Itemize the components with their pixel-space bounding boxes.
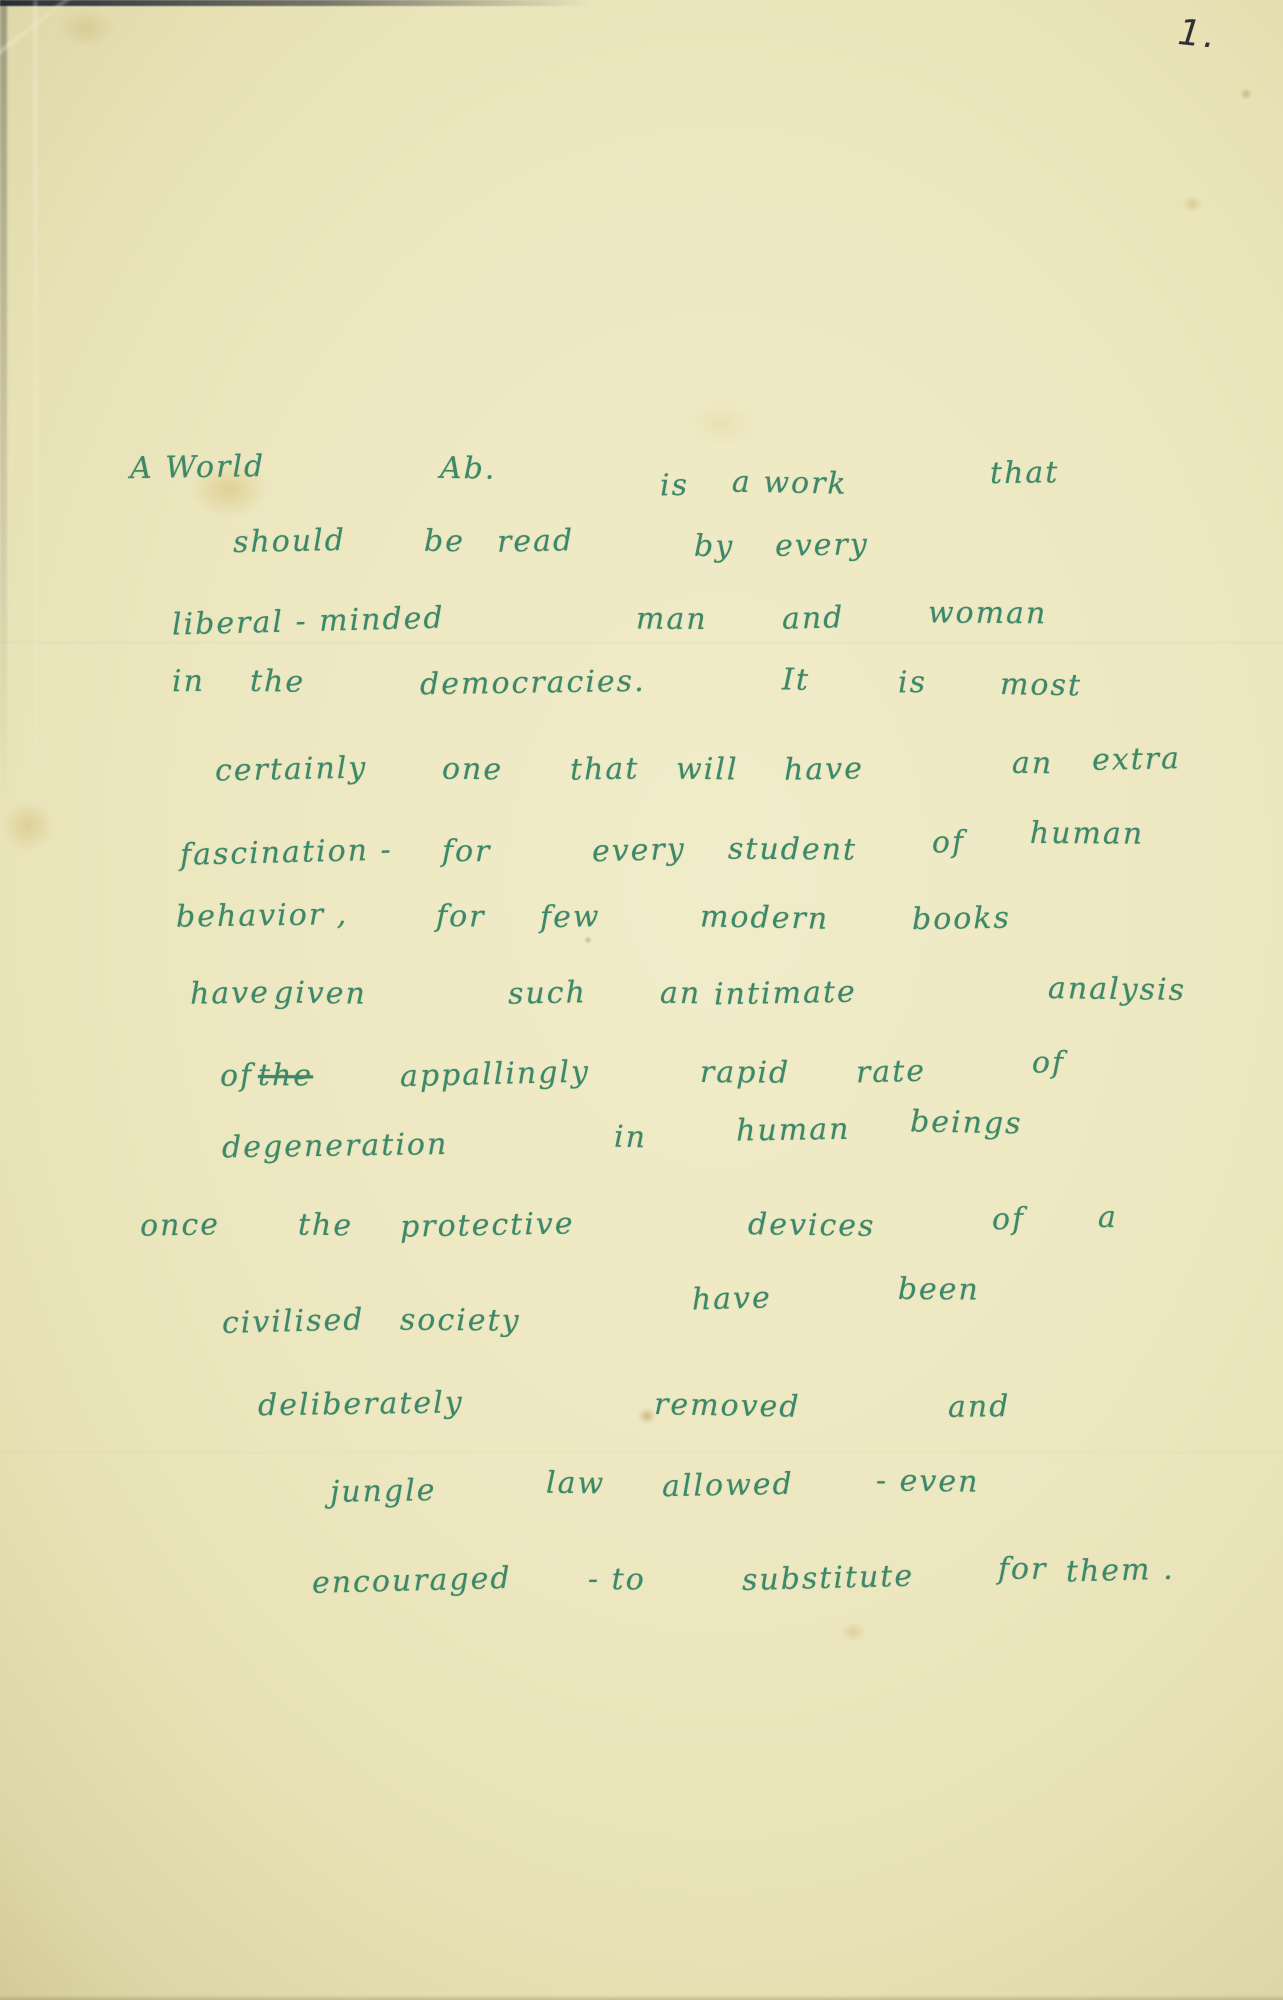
word: substitute [742,1559,915,1598]
text-line: deliberatelyremovedand [0,1385,1283,1439]
word: for [998,1551,1048,1586]
word: student [728,832,857,868]
paper-stain [1182,196,1202,212]
word: fascination - [180,832,394,872]
word: rate [856,1054,927,1091]
word: will [676,752,739,788]
word: by [694,529,735,565]
text-line: behavior ,forfewmodernbooks [0,897,1283,951]
word: every [775,527,869,564]
word: degeneration [222,1127,449,1165]
word: have [190,975,271,1012]
word: given [274,975,367,1011]
word: civilised [222,1302,365,1341]
word: is [898,665,928,700]
word: A World [130,449,266,486]
text-line: junglelawallowed- even [0,1474,1283,1522]
word: beings [910,1104,1023,1141]
word: modern [700,899,830,936]
paper-bottom-edge [0,1995,1283,2000]
word: human [736,1112,851,1149]
word: every [592,832,687,869]
word: devices [748,1207,876,1244]
word: analysis [1048,971,1187,1008]
word: a [1098,1200,1118,1235]
word: one [442,752,504,788]
word: extra [1092,741,1182,778]
word: deliberately [258,1385,464,1423]
struck-word: the [258,1058,313,1093]
word: few [540,899,601,935]
text-line: liberal - mindedmanandwoman [0,598,1283,654]
word: a work [732,465,848,502]
word: should [233,523,347,560]
text-line: shouldbereadbyevery [0,524,1283,572]
word: removed [654,1387,801,1425]
text-line: oftheappallinglyrapidrateof [0,1052,1283,1108]
word: - to [588,1562,646,1597]
word: the [298,1208,354,1244]
paper-crease [0,0,209,75]
word: of [1032,1045,1065,1080]
manuscript-page: 1. A WorldAb.isa workthatshouldbereadbye… [0,0,1283,2000]
word: appallingly [400,1054,591,1094]
word: that [570,751,640,787]
text-line: fascination -foreverystudentofhuman [0,829,1283,885]
word: intimate [714,975,857,1013]
paper-fold-line [0,1452,1283,1456]
word: human [1030,816,1145,852]
word: of [220,1058,254,1094]
paper-stain [56,8,116,48]
word: the [250,664,306,700]
text-line: inthedemocracies.Itismost [0,663,1283,717]
word: democracies. [420,664,646,702]
word: once [140,1207,221,1244]
word: in [614,1120,648,1156]
word: an [1012,746,1054,782]
word: for [436,899,486,935]
word: protective [400,1206,575,1244]
text-line: degenerationinhumanbeings [0,1127,1283,1181]
word: is [660,468,690,503]
text-line: oncetheprotectivedevicesofa [0,1208,1283,1256]
word: It [782,662,811,698]
word: and [948,1389,1011,1425]
word: for [442,834,492,869]
word: be [424,524,465,560]
word: most [1000,667,1083,703]
word: an [660,976,702,1012]
paper-stain [840,1622,866,1642]
text-line: A WorldAb.isa workthat [0,449,1283,503]
word: books [912,901,1011,937]
word: encouraged [312,1561,512,1601]
word: them . [1065,1552,1175,1590]
photo-dark-edge [0,0,590,6]
word: certainly [215,751,368,789]
word: and [782,600,845,637]
text-line: havegivensuchanintimateanalysis [0,976,1283,1024]
word: liberal - minded [172,601,446,643]
word: read [497,523,575,559]
word: society [400,1303,521,1339]
word: that [990,455,1060,491]
word: - even [876,1463,980,1499]
paper-stain [688,402,758,446]
text-line: certainlyonethatwillhaveanextra [0,752,1283,800]
word: have [691,1280,772,1317]
paper-stain [1240,88,1252,100]
text-line: encouraged- tosubstituteforthem . [0,1558,1283,1614]
word: law [546,1466,606,1502]
word: rapid [700,1055,791,1091]
word: have [784,751,865,788]
word: of [931,825,965,861]
word: been [898,1272,980,1308]
text-line: civilisedsocietyhavebeen [0,1298,1283,1354]
word: Ab. [440,451,497,487]
page-number: 1. [1176,12,1220,57]
word: woman [928,595,1048,631]
word: in [172,664,205,699]
word: such [508,975,588,1012]
word: of [992,1202,1026,1238]
word: behavior , [176,897,349,935]
word: allowed [662,1467,794,1505]
word: man [636,602,708,638]
word: jungle [330,1473,437,1510]
